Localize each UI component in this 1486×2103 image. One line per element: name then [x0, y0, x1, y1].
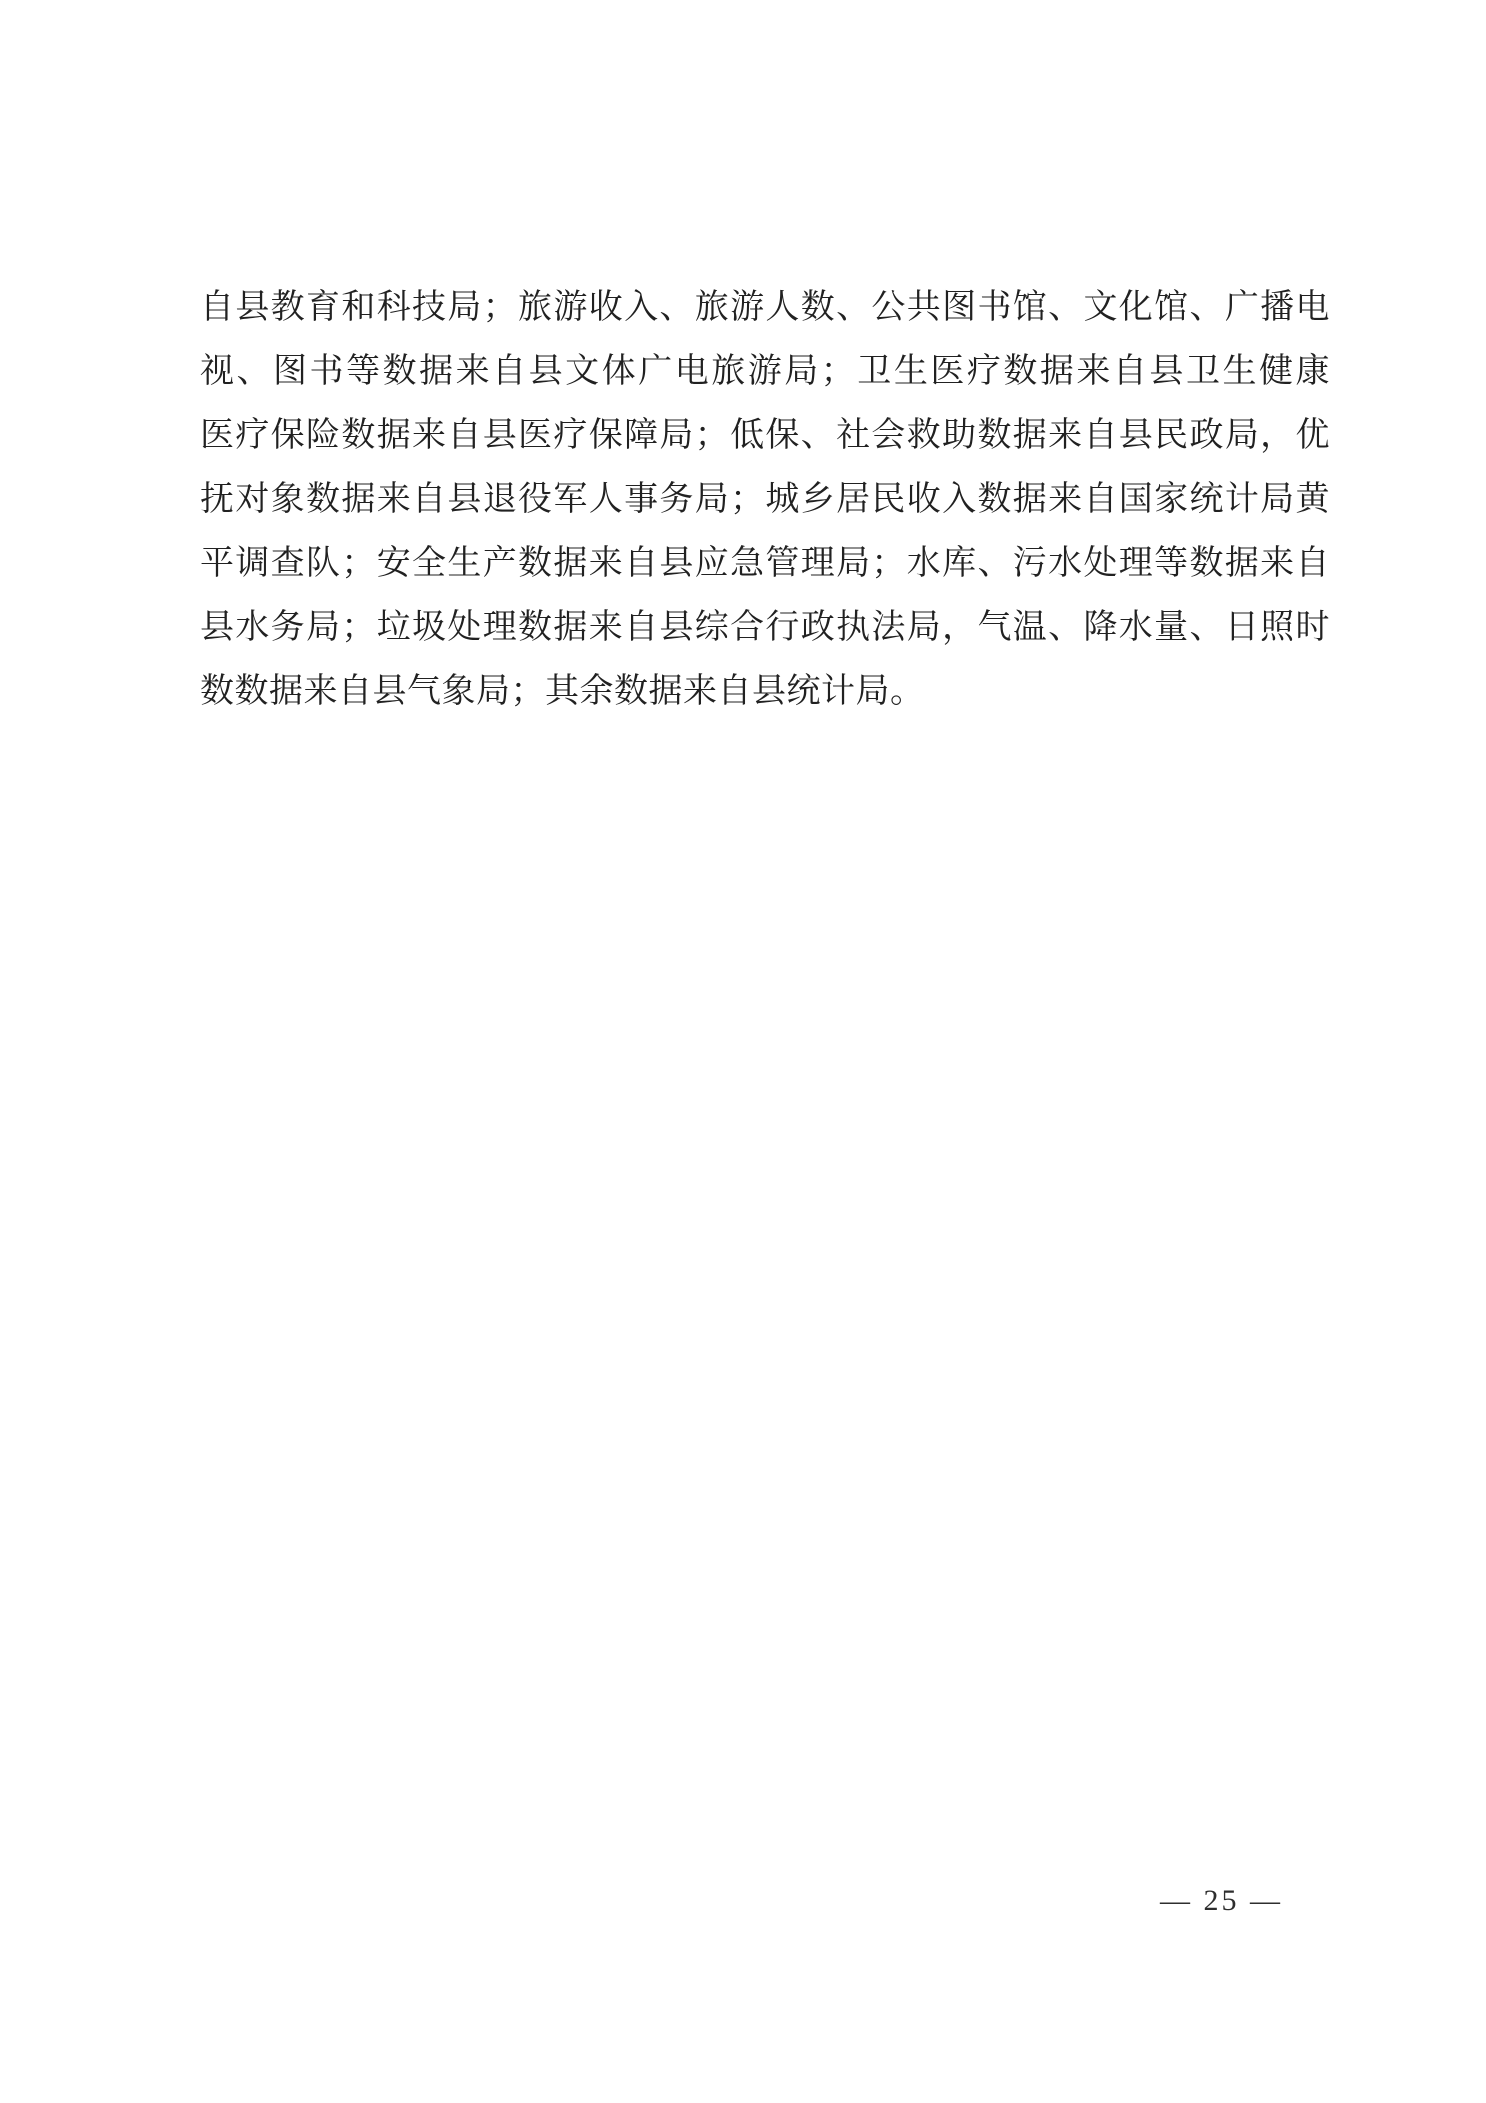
document-page: 自县教育和科技局；旅游收入、旅游人数、公共图书馆、文化馆、广播电 视、图书等数据… [0, 0, 1486, 2103]
paragraph-line: 数数据来自县气象局；其余数据来自县统计局。 [200, 660, 1330, 724]
paragraph-line: 抚对象数据来自县退役军人事务局；城乡居民收入数据来自国家统计局黄 [200, 468, 1330, 532]
paragraph-line: 视、图书等数据来自县文体广电旅游局；卫生医疗数据来自县卫生健康局， [200, 340, 1330, 404]
paragraph-line: 医疗保险数据来自县医疗保障局；低保、社会救助数据来自县民政局，优 [200, 404, 1330, 468]
paragraph-line: 平调查队；安全生产数据来自县应急管理局；水库、污水处理等数据来自 [200, 532, 1330, 596]
paragraph-line: 县水务局；垃圾处理数据来自县综合行政执法局，气温、降水量、日照时 [200, 596, 1330, 660]
body-paragraph: 自县教育和科技局；旅游收入、旅游人数、公共图书馆、文化馆、广播电 视、图书等数据… [200, 276, 1330, 724]
page-number: — 25 — [1160, 1884, 1283, 1918]
paragraph-line: 自县教育和科技局；旅游收入、旅游人数、公共图书馆、文化馆、广播电 [200, 276, 1330, 340]
